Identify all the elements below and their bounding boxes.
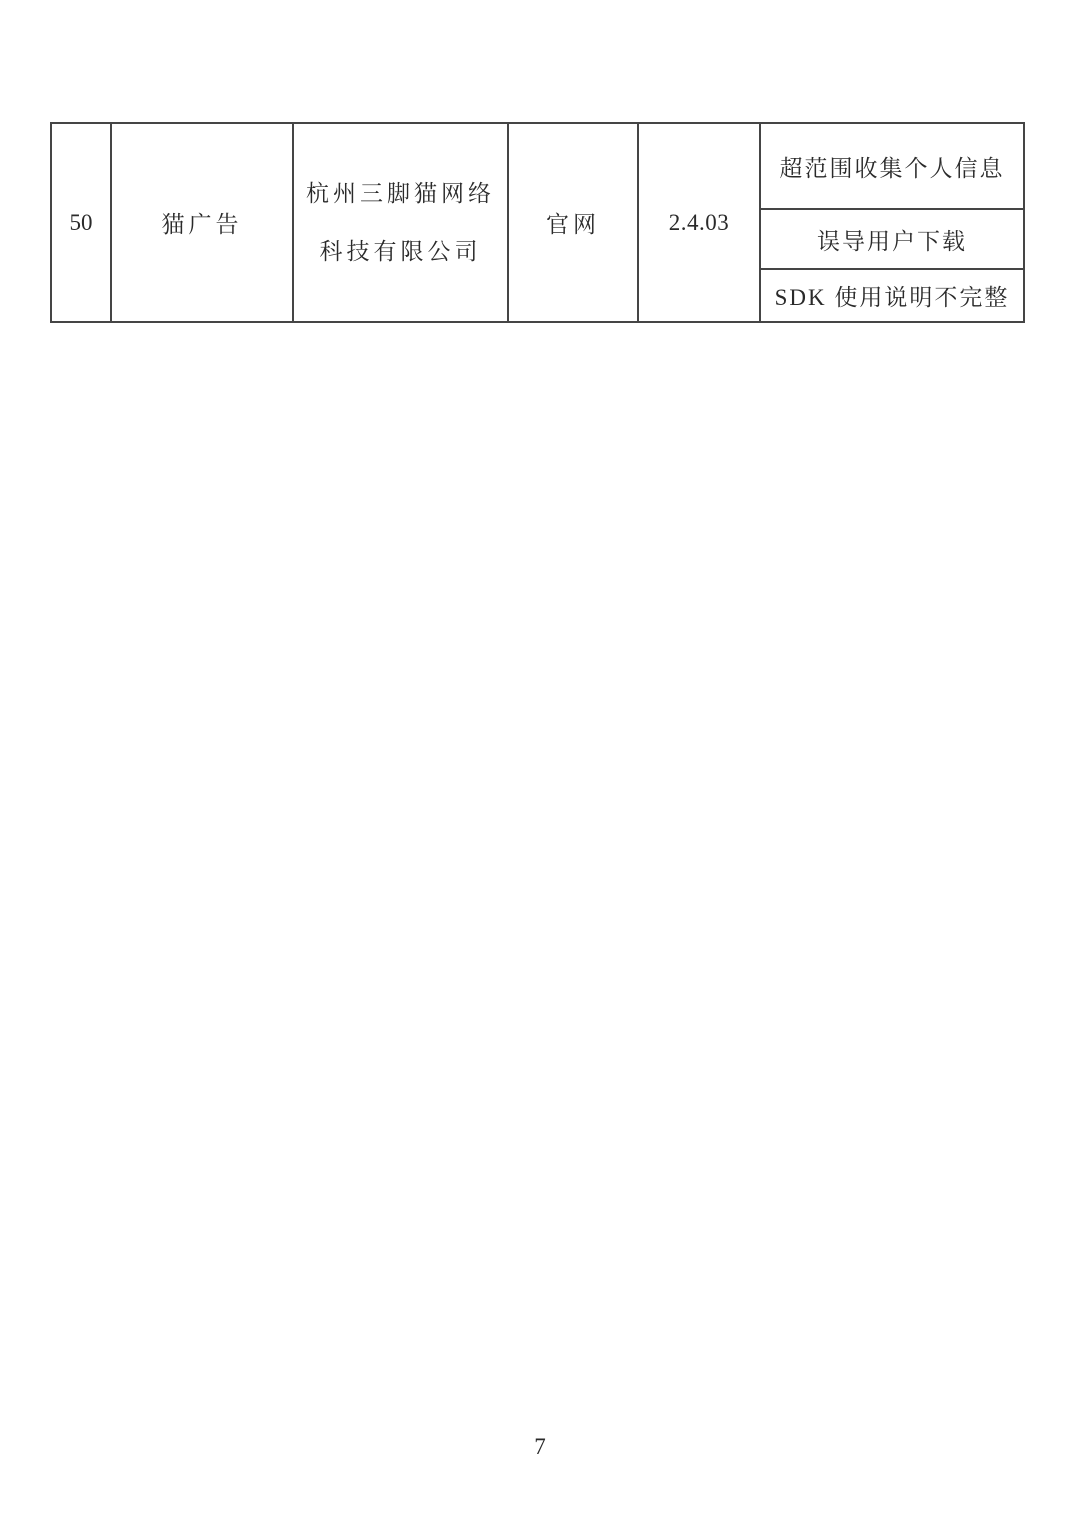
app-violation-table: 50 猫广告 杭州三脚猫网络 科技有限公司 官网 2.4.03 超范围收集个人信… [50,122,1025,323]
violation-issue-item: 超范围收集个人信息 [761,124,1023,208]
cell-app-version: 2.4.03 [637,124,759,321]
company-name-line1: 杭州三脚猫网络 [306,165,495,223]
page-number: 7 [0,1434,1080,1460]
company-name-line2: 科技有限公司 [320,223,482,281]
cell-app-name: 猫广告 [110,124,292,321]
violation-issue-item: 误导用户下载 [761,208,1023,268]
violation-issue-item: SDK 使用说明不完整 [761,268,1023,321]
cell-row-index: 50 [52,124,110,321]
cell-violation-issues: 超范围收集个人信息 误导用户下载 SDK 使用说明不完整 [759,124,1023,321]
cell-company-name: 杭州三脚猫网络 科技有限公司 [292,124,507,321]
cell-download-source: 官网 [507,124,637,321]
document-page: 50 猫广告 杭州三脚猫网络 科技有限公司 官网 2.4.03 超范围收集个人信… [0,0,1080,1527]
